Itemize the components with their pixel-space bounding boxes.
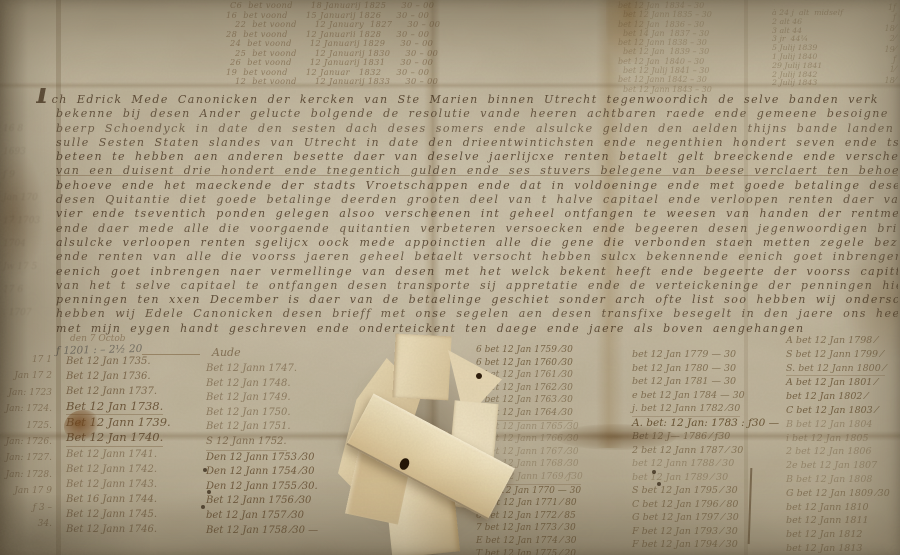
edge-mark: 1ƒ — [860, 3, 896, 13]
tag-hole — [476, 373, 482, 379]
ledger-entry: S. bet 12 Jann 1800 ⁄ — [786, 362, 885, 377]
ledger-entry: Bet 12 J— 1786 ⁄ ƒ30 — [632, 430, 730, 444]
ledger-entry: Bet 12 Jan 1758 ⁄30 — — [206, 524, 318, 539]
edge-mark: 1⁄ — [860, 65, 896, 75]
ledger-entry: G bet 12 Jan 1797 ⁄ 30 — [632, 511, 739, 525]
edge-mark: ƒ — [860, 55, 896, 65]
ledger-entry: bet 12 Jan 1812 — [786, 528, 862, 542]
ink-speck — [657, 482, 661, 486]
bottom-col-2-header: Aude — [212, 346, 241, 359]
ledger-entry: bet 12 Jann 1810 — [786, 501, 869, 515]
edge-marks-column: 1ƒƒ18⁄2⁄19⁄ƒ1⁄18⁄ — [860, 3, 896, 86]
ledger-entry: j. bet 12 Jann 1782 ⁄30 — [632, 402, 740, 417]
ledger-entry: C bet 12 Jan 1803 ⁄ — [786, 404, 877, 418]
ledger-entry: 12 bet voond 12 Januarij 1833 30 – 00 — [235, 77, 438, 87]
left-margin-bleed: 16 81693ƒ 9Jan 17017 17031704Jw 17 517 6… — [3, 118, 53, 325]
ink-speck — [652, 470, 656, 474]
ledger-entry: Bet 12 Jann 1743. — [66, 477, 157, 492]
ledger-entry: 2 bet 12 Jann 1787 ⁄ 30 — [632, 444, 743, 458]
ledger-entry: bet 12 Jan 1839 – 30 — [623, 47, 709, 56]
ledger-entry: bet 12 Jan 1757 ⁄30 — [206, 509, 304, 524]
ledger-entry: Bet 12 Jann 1747. — [206, 362, 297, 377]
ledger-entry: S 12 Jann 1752. — [206, 435, 287, 451]
ledger-entry: 2e bet 12 Jan 1807 — [786, 459, 877, 473]
ledger-entry: Bet 12 Jan 1748. — [206, 377, 291, 392]
ledger-entry: F bet 12 Jan 1793 ⁄ 30 — [632, 525, 738, 539]
bleed-line: 1704 — [3, 233, 26, 256]
ledger-entry: bet 12 Jan 1840 – 30 — [618, 57, 704, 66]
ledger-entry: bet 12 Jan 1781 — 30 — [632, 375, 736, 389]
ledger-entry: bet 14 Jan 1837 – 30 — [623, 29, 709, 38]
ledger-entry: Jan: 1727. — [0, 450, 52, 466]
ledger-entry: F bet 12 Jan 1794 ⁄ 30 — [632, 538, 738, 552]
manuscript-line: hebben wij Edele Canonicken desen brieff… — [56, 307, 898, 321]
ledger-entry: Bet 12 Jan 1749. — [206, 391, 291, 406]
top-ledger-left: C6 bet voond 18 Januarij 1825 30 – 0016 … — [226, 1, 440, 87]
ledger-entry: Bet 16 Jann 1744. — [66, 492, 157, 507]
ledger-entry: bet 12 Julij 1841 – 30 — [623, 66, 709, 75]
ledger-entry: Jan: 1724. — [0, 401, 52, 417]
manuscript-line: beteen te hebben aen anderen besette dae… — [56, 150, 898, 164]
ledger-entry: A. bet: 12 Jan: 1783 : ƒ30 — — [632, 417, 779, 431]
manuscript-line: sulle Sesten Staten slandes van Utrecht … — [56, 136, 898, 150]
ledger-entry: Bet 12 Jann 1746. — [66, 522, 157, 537]
manuscript-line: beerp Schoendyck in date den sesten dach… — [56, 122, 898, 136]
ledger-entry: bet 12 Jann 1838 – 30 — [618, 38, 707, 47]
ledger-entry: bet 12 Jan 1780 — 30 — [632, 362, 736, 376]
bottom-col-far-left: 17 1Jan 17 2Jan: 1723Jan: 1724.1725.Jan:… — [0, 352, 52, 532]
manuscript-line: ende renten van alle die voorss jaeren g… — [56, 250, 898, 264]
ledger-entry: i bet 12 Jan 1805 — [786, 432, 869, 446]
ledger-entry: G bet 12 Jan 1809 ⁄30 — [786, 487, 890, 501]
edge-mark: 2⁄ — [860, 34, 896, 44]
top-ledger-right: à 24 j alt midself2 alt 463 alt 443 jr 4… — [772, 9, 843, 88]
bleed-line: 17 1703 — [3, 210, 40, 233]
main-text-block: Ich Edrick Mede Canonicken der kercken v… — [56, 88, 898, 336]
ledger-entry: S bet 12 Jann 1799 ⁄ — [786, 348, 883, 362]
ledger-entry: 17 1 — [0, 352, 52, 368]
edge-mark: 19⁄ — [860, 45, 896, 55]
ledger-entry: A bet 12 Jan 1798 ⁄ — [786, 334, 877, 348]
seal-tag — [330, 330, 525, 555]
bottom-col-5: A bet 12 Jan 1798 ⁄S bet 12 Jann 1799 ⁄S… — [786, 334, 890, 555]
ledger-entry: Bet 12 Jan 1750. — [206, 406, 291, 421]
ledger-entry: e bet 12 Jan 1784 — 30 — [632, 389, 745, 403]
manuscript-line: bekenne bij desen Ander gelucte bolgende… — [56, 107, 898, 121]
manuscript-line: desen Quitantie diet goede betalinge dee… — [56, 193, 898, 207]
bleed-line: ƒ 9 — [3, 164, 15, 187]
ledger-entry: Den 12 Jann 1755 ⁄30. — [206, 480, 318, 495]
ledger-entry: Bet 12 Jan 1735. — [66, 354, 151, 369]
ledger-entry: 1725. — [0, 418, 52, 434]
ledger-entry: bet 12 Jann 1811 — [786, 514, 869, 528]
ledger-entry: Den 12 Jann 1753 ⁄30 — [206, 451, 315, 466]
ledger-entry: C bet 12 Jan 1796 ⁄ 80 — [632, 498, 738, 512]
bleed-line: 1693 — [3, 141, 26, 164]
manuscript-line: ende daer mede alle die voorgaende quita… — [56, 222, 898, 236]
ledger-entry: Bet 12 Jan 1751. — [206, 420, 291, 435]
bottom-col-4: bet 12 Jan 1779 — 30bet 12 Jan 1780 — 30… — [632, 348, 779, 552]
ledger-entry: Jan: 1726. — [0, 434, 52, 450]
ledger-entry: Bet 12 Jann 1745. — [66, 507, 157, 522]
edge-mark: ƒ — [860, 13, 896, 23]
ledger-entry: Bet 12 Jan 1736. — [66, 369, 151, 384]
manuscript-line: behoeve ende het maeckende der stadts Vr… — [56, 179, 898, 193]
ledger-entry: Den 12 Jann 1754 ⁄30 — [206, 465, 315, 480]
ledger-entry: bet 12 Jan 1836 – 30 — [618, 20, 704, 29]
ledger-entry: bet 12 Jann 1842 – 30 — [618, 75, 707, 84]
ledger-entry: bet 12 Jan 1779 — 30 — [632, 348, 736, 362]
ledger-entry: bet 12 Jan 1813 — [786, 542, 862, 555]
manuscript-line: eenich goet inbrengen naer vermellinge v… — [56, 265, 898, 279]
ledger-entry: bet 12 Jann 1835 – 30 — [623, 10, 712, 19]
ledger-entry: Bet 12 Jann 1756 ⁄30 — [206, 494, 311, 509]
ledger-entry: Jan: 1723 — [0, 385, 52, 401]
tag-strip-top — [392, 334, 451, 401]
ledger-entry: bet 12 Jan 1789 ⁄ 30 — [632, 471, 728, 485]
manuscript-line: Ich Edrick Mede Canonicken der kercken v… — [36, 88, 878, 107]
ledger-entry: 2 bet 12 Jan 1806 — [786, 445, 872, 459]
ledger-entry: S bet 12 Jan 1795 ⁄ 30 — [632, 484, 738, 498]
ledger-entry: Jan: 1728. — [0, 467, 52, 483]
ledger-entry: Bet 12 Jann 1741. — [66, 447, 157, 462]
ledger-entry: bet 12 Jan 1834 – 30 — [618, 1, 704, 10]
ledger-entry: B bet 12 Jan 1804 — [786, 418, 872, 432]
edge-mark: 18⁄ — [860, 76, 896, 86]
ledger-entry: A bet 12 Jan 1801 ⁄ — [786, 376, 877, 390]
ledger-entry: ƒ 3 – — [0, 500, 52, 516]
ledger-entry: Jan 17 9 — [0, 483, 52, 499]
ledger-entry: 2 Julij 1843 — [772, 79, 817, 88]
ink-speck — [203, 468, 207, 472]
ledger-entry: 34. — [0, 516, 52, 532]
bleed-line: . 1707 — [3, 302, 32, 325]
bleed-line: 17 6 — [3, 279, 23, 302]
ledger-entry: B bet 12 Jan 1808 — [786, 473, 872, 487]
ink-speck — [201, 505, 205, 509]
ledger-entry: Jan 17 2 — [0, 368, 52, 384]
bottom-col-2: Bet 12 Jann 1747.Bet 12 Jan 1748.Bet 12 … — [206, 362, 318, 538]
bleed-line: Jw 17 5 — [3, 256, 37, 279]
ledger-entry: Bet 12 Jann 1742. — [66, 462, 157, 477]
ledger-entry: bet 12 Jan 1802 ⁄ — [786, 390, 867, 404]
manuscript-line: van het t selve capitael te ontfangen de… — [56, 279, 898, 293]
manuscript-line: alsulcke verloopen renten sgelijcx oock … — [56, 236, 898, 250]
manuscript-line: penningen ten xxen December is daer van … — [56, 293, 898, 307]
bleed-line: Jan 170 — [3, 187, 38, 210]
manuscript-line: van een duisent drie hondert ende tnegen… — [56, 164, 898, 178]
top-ledger-mid: bet 12 Jan 1834 – 30bet 12 Jann 1835 – 3… — [618, 1, 712, 94]
manuscript-line: vier ende tseventich ponden gelegen also… — [56, 207, 898, 221]
bottom-col-1: Bet 12 Jan 1735.Bet 12 Jan 1736.Bet 12 J… — [66, 354, 171, 537]
ledger-entry: bet 12 Jann 1788 ⁄ 30 — [632, 457, 734, 471]
edge-mark: 18⁄ — [860, 24, 896, 34]
bleed-line: 16 8 — [3, 118, 23, 141]
parchment-document-photo: C6 bet voond 18 Januarij 1825 30 – 0016 … — [0, 0, 900, 555]
ledger-entry: Bet 12 Jann 1737. — [66, 384, 157, 399]
ink-speck — [207, 490, 211, 494]
